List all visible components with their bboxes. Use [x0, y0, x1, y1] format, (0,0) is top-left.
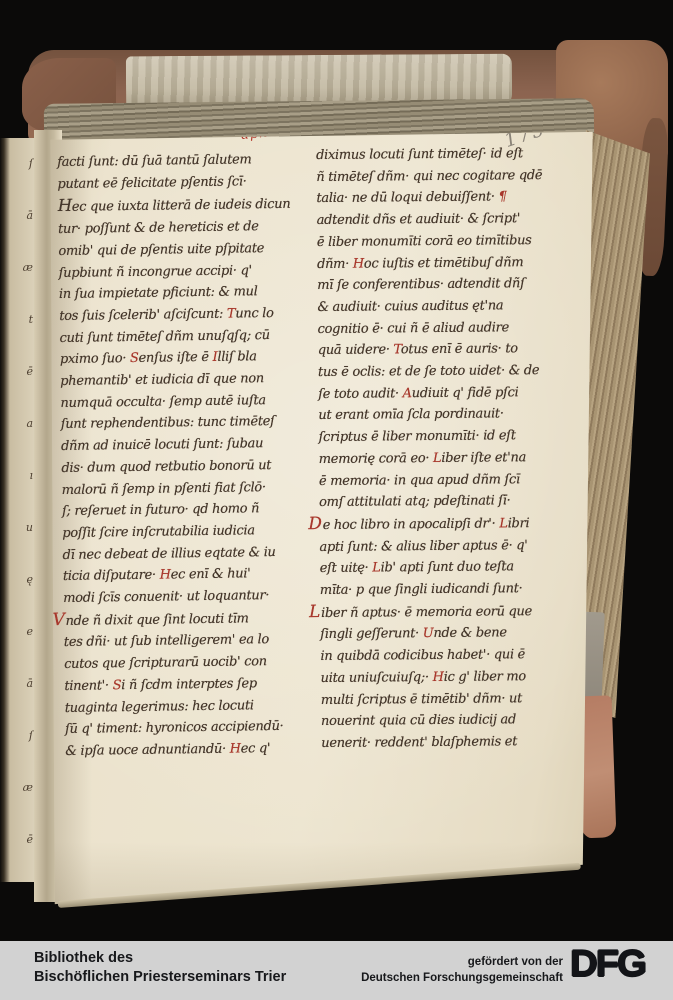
- manuscript-text: tos ſuis ſcelerib' aſciſcunt:: [59, 307, 227, 324]
- manuscript-text: numquā occulta· ſemp autē iuſta: [60, 393, 265, 411]
- manuscript-line: mīta· p que ſingli iudicandi ſunt·: [320, 578, 576, 602]
- facing-page-text-fragment: e: [0, 606, 36, 658]
- manuscript-text: multi ſcriptus ē timētib' dñm· ut: [321, 691, 522, 708]
- manuscript-text: adtendit dñs et audiuit· & ſcript': [317, 211, 521, 228]
- manuscript-text: mīta· p que ſingli iudicandi ſunt·: [320, 581, 523, 598]
- manuscript-text: apti ſunt: & alius liber aptus ē· q': [319, 538, 527, 555]
- manuscript-text: ſunt rephendentibus: tunc timēteſ: [61, 414, 275, 432]
- facing-page-text-fragment: u: [0, 502, 36, 554]
- manuscript-text: cutos que ſcripturarū uocib' con: [64, 654, 267, 672]
- manuscript-text: tur· poſſunt & de hereticis et de: [58, 219, 259, 237]
- manuscript-text: i ñ ſcdm interptes ſep: [121, 676, 257, 693]
- facing-page-edge: ſāætēaıuęeāſæē: [0, 138, 36, 882]
- manuscript-text: ſingli geſſerunt·: [320, 627, 423, 643]
- facing-page-text-fragment: ſ: [0, 138, 36, 190]
- facing-page-text-fragment: a: [0, 398, 36, 450]
- facing-page-text-fragment: ı: [0, 450, 36, 502]
- rubricated-letter: U: [423, 626, 434, 641]
- facing-page-text-fragment: ę: [0, 554, 36, 606]
- manuscript-line: adtendit dñs et audiuit· & ſcript': [317, 208, 573, 232]
- rubricated-letter: ¶: [498, 190, 506, 205]
- manuscript-line: Liber ñ aptus· ē memoria eorū que: [320, 600, 576, 625]
- manuscript-text: lliſ bla: [217, 350, 256, 366]
- manuscript-text: unc lo: [235, 306, 274, 322]
- manuscript-line: mī ſe conferentibus· adtendit dñſ: [317, 273, 573, 297]
- manuscript-line: & ipſa uoce adnuntiandū· Hec q': [65, 737, 321, 762]
- facing-page-text-fragment: ā: [0, 190, 36, 242]
- manuscript-text: talia· ne dū loqui debuiſſent·: [316, 190, 498, 207]
- manuscript-text: iber iſte et'na: [441, 450, 526, 466]
- manuscript-text: ibri: [508, 516, 530, 531]
- manuscript-line: diximus locuti ſunt timēteſ· id eſt: [316, 143, 572, 167]
- manuscript-text: tuaginta legerimus: hec locuti: [65, 698, 254, 716]
- manuscript-line: nouerint quia cū dies iudicij ad: [321, 709, 577, 733]
- manuscript-text: cuti ſunt timēteſ dñm unuſqſq; cū: [59, 328, 269, 346]
- library-name-line2: Bischöflichen Priesterseminars Trier: [34, 968, 286, 987]
- manuscript-line: apti ſunt: & alius liber aptus ē· q': [319, 534, 575, 558]
- rubricated-letter: S: [113, 678, 122, 693]
- rubricated-letter: H: [230, 741, 241, 756]
- facing-page-text-fragment: ē: [0, 346, 36, 398]
- manuscript-text: dis· dum quod retbutio bonorū ut: [61, 458, 271, 476]
- manuscript-text: ticia diſputare·: [63, 568, 160, 584]
- manuscript-text: & ipſa uoce adnuntiandū·: [65, 742, 230, 759]
- rubricated-letter: V: [52, 610, 64, 630]
- manuscript-text: tinent'·: [64, 678, 112, 694]
- manuscript-text: uenerit· reddent' blaſphemis et: [321, 734, 517, 751]
- manuscript-line: uita uniuſcuiuſq;· Hic g' liber mo: [321, 666, 577, 690]
- manuscript-text: oc iuſtis et timētibuſ dñm: [364, 255, 524, 271]
- manuscript-text: iber ñ aptus· ē memoria eorū que: [321, 604, 532, 621]
- facing-page-text-fragment: æ: [0, 242, 36, 294]
- manuscript-text: dī nec debeat de illius eqtate & iu: [63, 545, 276, 563]
- manuscript-text: ſū q' timent: hyronicos accipiendū·: [65, 719, 284, 737]
- manuscript-text: ic g' liber mo: [444, 669, 526, 685]
- rubricated-letter: S: [130, 351, 139, 366]
- manuscript-line: memorię corā eo· Liber iſte et'na: [319, 447, 575, 471]
- manuscript-line: uenerit· reddent' blaſphemis et: [321, 731, 577, 755]
- manuscript-text: ec enī & hui': [171, 567, 251, 583]
- manuscript-line: quā uidere· Totus enī ē auris· to: [318, 338, 574, 362]
- manuscript-text: cognitio ē· cui ñ ē aliud audire: [318, 320, 509, 337]
- rubricated-letter: D: [308, 514, 322, 534]
- manuscript-text: & audiuit· cuius auditus ęt'na: [317, 298, 503, 315]
- funding-credit-line1: gefördert von der: [361, 954, 563, 970]
- manuscript-line: & audiuit· cuius auditus ęt'na: [317, 295, 573, 319]
- manuscript-text: otus enī ē auris· to: [401, 342, 518, 358]
- manuscript-line: ē liber monumīti corā eo timītibus: [317, 230, 573, 254]
- funding-credit: gefördert von der Deutschen Forschungsge…: [361, 954, 563, 986]
- manuscript-text: dñm ad inuicē locuti ſunt: ſubau: [61, 436, 263, 454]
- manuscript-text: in ſua impietate pficiunt: & mul: [59, 284, 258, 302]
- text-column-left: facti ſunt: dū ſuā tantū ſalutemputant e…: [57, 148, 322, 762]
- manuscript-line: Hec que iuxta litterā de iudeis dicun: [58, 192, 314, 219]
- rubricated-letter: L: [309, 602, 320, 622]
- manuscript-text: tus ē oclis: et de ſe toto uidet· & de: [318, 363, 539, 380]
- manuscript-text: malorū ñ ſemp in pſenti fiat ſclō·: [62, 480, 266, 498]
- manuscript-text: ē liber monumīti corā eo timītibus: [317, 233, 532, 250]
- facing-page-text-fragment: ā: [0, 658, 36, 710]
- manuscript-text: ib' apti ſunt duo teſta: [381, 560, 514, 576]
- manuscript-text: phemantib' et iudicia dī que non: [60, 371, 264, 389]
- facing-page-text-fragment: ſ: [0, 710, 36, 762]
- manuscript-text: putant eē felicitate pſentis ſcī·: [57, 174, 246, 192]
- manuscript-text: quā uidere·: [318, 343, 394, 359]
- facing-page-text-fragment: t: [0, 294, 36, 346]
- manuscript-text: pximo ſuo·: [60, 351, 130, 367]
- manuscript-page: apk'a· 175 facti ſunt: dū ſuā tantū ſalu…: [46, 124, 596, 912]
- manuscript-text: modi ſcīs conuenit· ut loquantur·: [63, 588, 269, 606]
- manuscript-text: enſus iſte ē: [138, 350, 212, 366]
- manuscript-line: eſt uitę· Lib' apti ſunt duo teſta: [320, 556, 576, 580]
- rubricated-letter: H: [58, 196, 72, 215]
- manuscript-line: ñ timēteſ dñm· qui nec cogitare qdē: [316, 164, 572, 188]
- footer-bar: Bibliothek des Bischöflichen Priestersem…: [0, 941, 673, 1000]
- manuscript-line: ſū q' timent: hyronicos accipiendū·: [65, 716, 321, 741]
- manuscript-line: dñm· Hoc iuſtis et timētibuſ dñm: [317, 251, 573, 275]
- manuscript-line: De hoc libro in apocalipſi dr'· Libri: [319, 512, 575, 537]
- manuscript-text: omſ attitulati atq; pdeſtinati ſī·: [319, 494, 510, 511]
- manuscript-line: ſingli geſſerunt· Unde & bene: [320, 622, 576, 646]
- manuscript-line: ē memoria· in qua apud dñm ſcī: [319, 468, 575, 492]
- manuscript-text: diximus locuti ſunt timēteſ· id eſt: [316, 146, 523, 163]
- manuscript-text: ec q': [241, 741, 271, 756]
- manuscript-text: tes dñi· ut ſub intelligerem' ea lo: [64, 633, 269, 651]
- manuscript-text: dñm·: [317, 256, 353, 271]
- manuscript-text: e hoc libro in apocalipſi dr'·: [323, 516, 500, 533]
- text-column-right: diximus locuti ſunt timēteſ· id eſtñ tim…: [316, 143, 577, 755]
- manuscript-text: mī ſe conferentibus· adtendit dñſ: [317, 276, 524, 293]
- rubricated-letter: T: [227, 306, 236, 321]
- manuscript-text: nde ñ dixit que ſint locuti tīm: [65, 611, 248, 629]
- manuscript-text: omib' qui de pſentis uite pſpitate: [58, 241, 264, 259]
- manuscript-line: tus ē oclis: et de ſe toto uidet· & de: [318, 360, 574, 384]
- rubricated-letter: L: [433, 451, 441, 466]
- rubricated-letter: A: [403, 386, 412, 401]
- manuscript-text: eſt uitę·: [320, 561, 373, 576]
- manuscript-text: in quibdā codicibus habet'· qui ē: [320, 647, 525, 664]
- manuscript-line: ſe toto audit· Audiuit q' fidē pſci: [318, 381, 574, 405]
- manuscript-text: udiuit q' fidē pſci: [412, 385, 519, 401]
- manuscript-text: ſe toto audit·: [318, 386, 403, 402]
- manuscript-line: omſ attitulati atq; pdeſtinati ſī·: [319, 490, 575, 514]
- manuscript-text: ſupbiunt ñ incongrue accipi· q': [59, 263, 252, 281]
- manuscript-line: talia· ne dū loqui debuiſſent· ¶: [316, 186, 572, 210]
- rubricated-letter: H: [353, 256, 364, 271]
- manuscript-line: multi ſcriptus ē timētib' dñm· ut: [321, 687, 577, 711]
- manuscript-line: cognitio ē· cui ñ ē aliud audire: [318, 316, 574, 340]
- manuscript-line: ut erant omīa ſcla pordinauit·: [318, 403, 574, 427]
- manuscript-text: facti ſunt: dū ſuā tantū ſalutem: [57, 152, 252, 170]
- manuscript-text: uita uniuſcuiuſq;·: [321, 670, 433, 686]
- facing-page-text-fragment: æ: [0, 762, 36, 814]
- manuscript-line: ſcriptus ē liber monumīti· id eſt: [318, 425, 574, 449]
- rubricated-letter: L: [372, 561, 380, 576]
- manuscript-text: nde & bene: [433, 626, 506, 642]
- facing-page-text-fragment: ē: [0, 814, 36, 866]
- dfg-logo: DFG: [570, 943, 645, 985]
- rubricated-letter: H: [160, 568, 171, 583]
- manuscript-text: ec que iuxta litterā de iudeis dicun: [72, 197, 291, 215]
- manuscript-text: poſſit ſcire inſcrutabilia iudicia: [62, 523, 255, 541]
- manuscript-text: memorię corā eo·: [319, 451, 433, 467]
- manuscript-text: ñ timēteſ dñm· qui nec cogitare qdē: [316, 168, 542, 185]
- rubricated-letter: H: [433, 670, 444, 685]
- manuscript-text: nouerint quia cū dies iudicij ad: [321, 713, 516, 730]
- manuscript-text: ſ; reſeruet in futuro· qd homo ñ: [62, 501, 259, 519]
- library-name-line1: Bibliothek des: [34, 949, 286, 968]
- library-name: Bibliothek des Bischöflichen Priestersem…: [34, 949, 286, 987]
- book-photo: ſāætēaıuęeāſæē apk'a· 175 facti ſunt: dū…: [0, 0, 673, 1000]
- manuscript-text: ē memoria· in qua apud dñm ſcī: [319, 472, 520, 489]
- manuscript-line: in quibdā codicibus habet'· qui ē: [320, 644, 576, 668]
- manuscript-text: ut erant omīa ſcla pordinauit·: [318, 407, 503, 424]
- funding-credit-line2: Deutschen Forschungsgemeinschaft: [361, 970, 563, 986]
- manuscript-text: ſcriptus ē liber monumīti· id eſt: [318, 428, 515, 445]
